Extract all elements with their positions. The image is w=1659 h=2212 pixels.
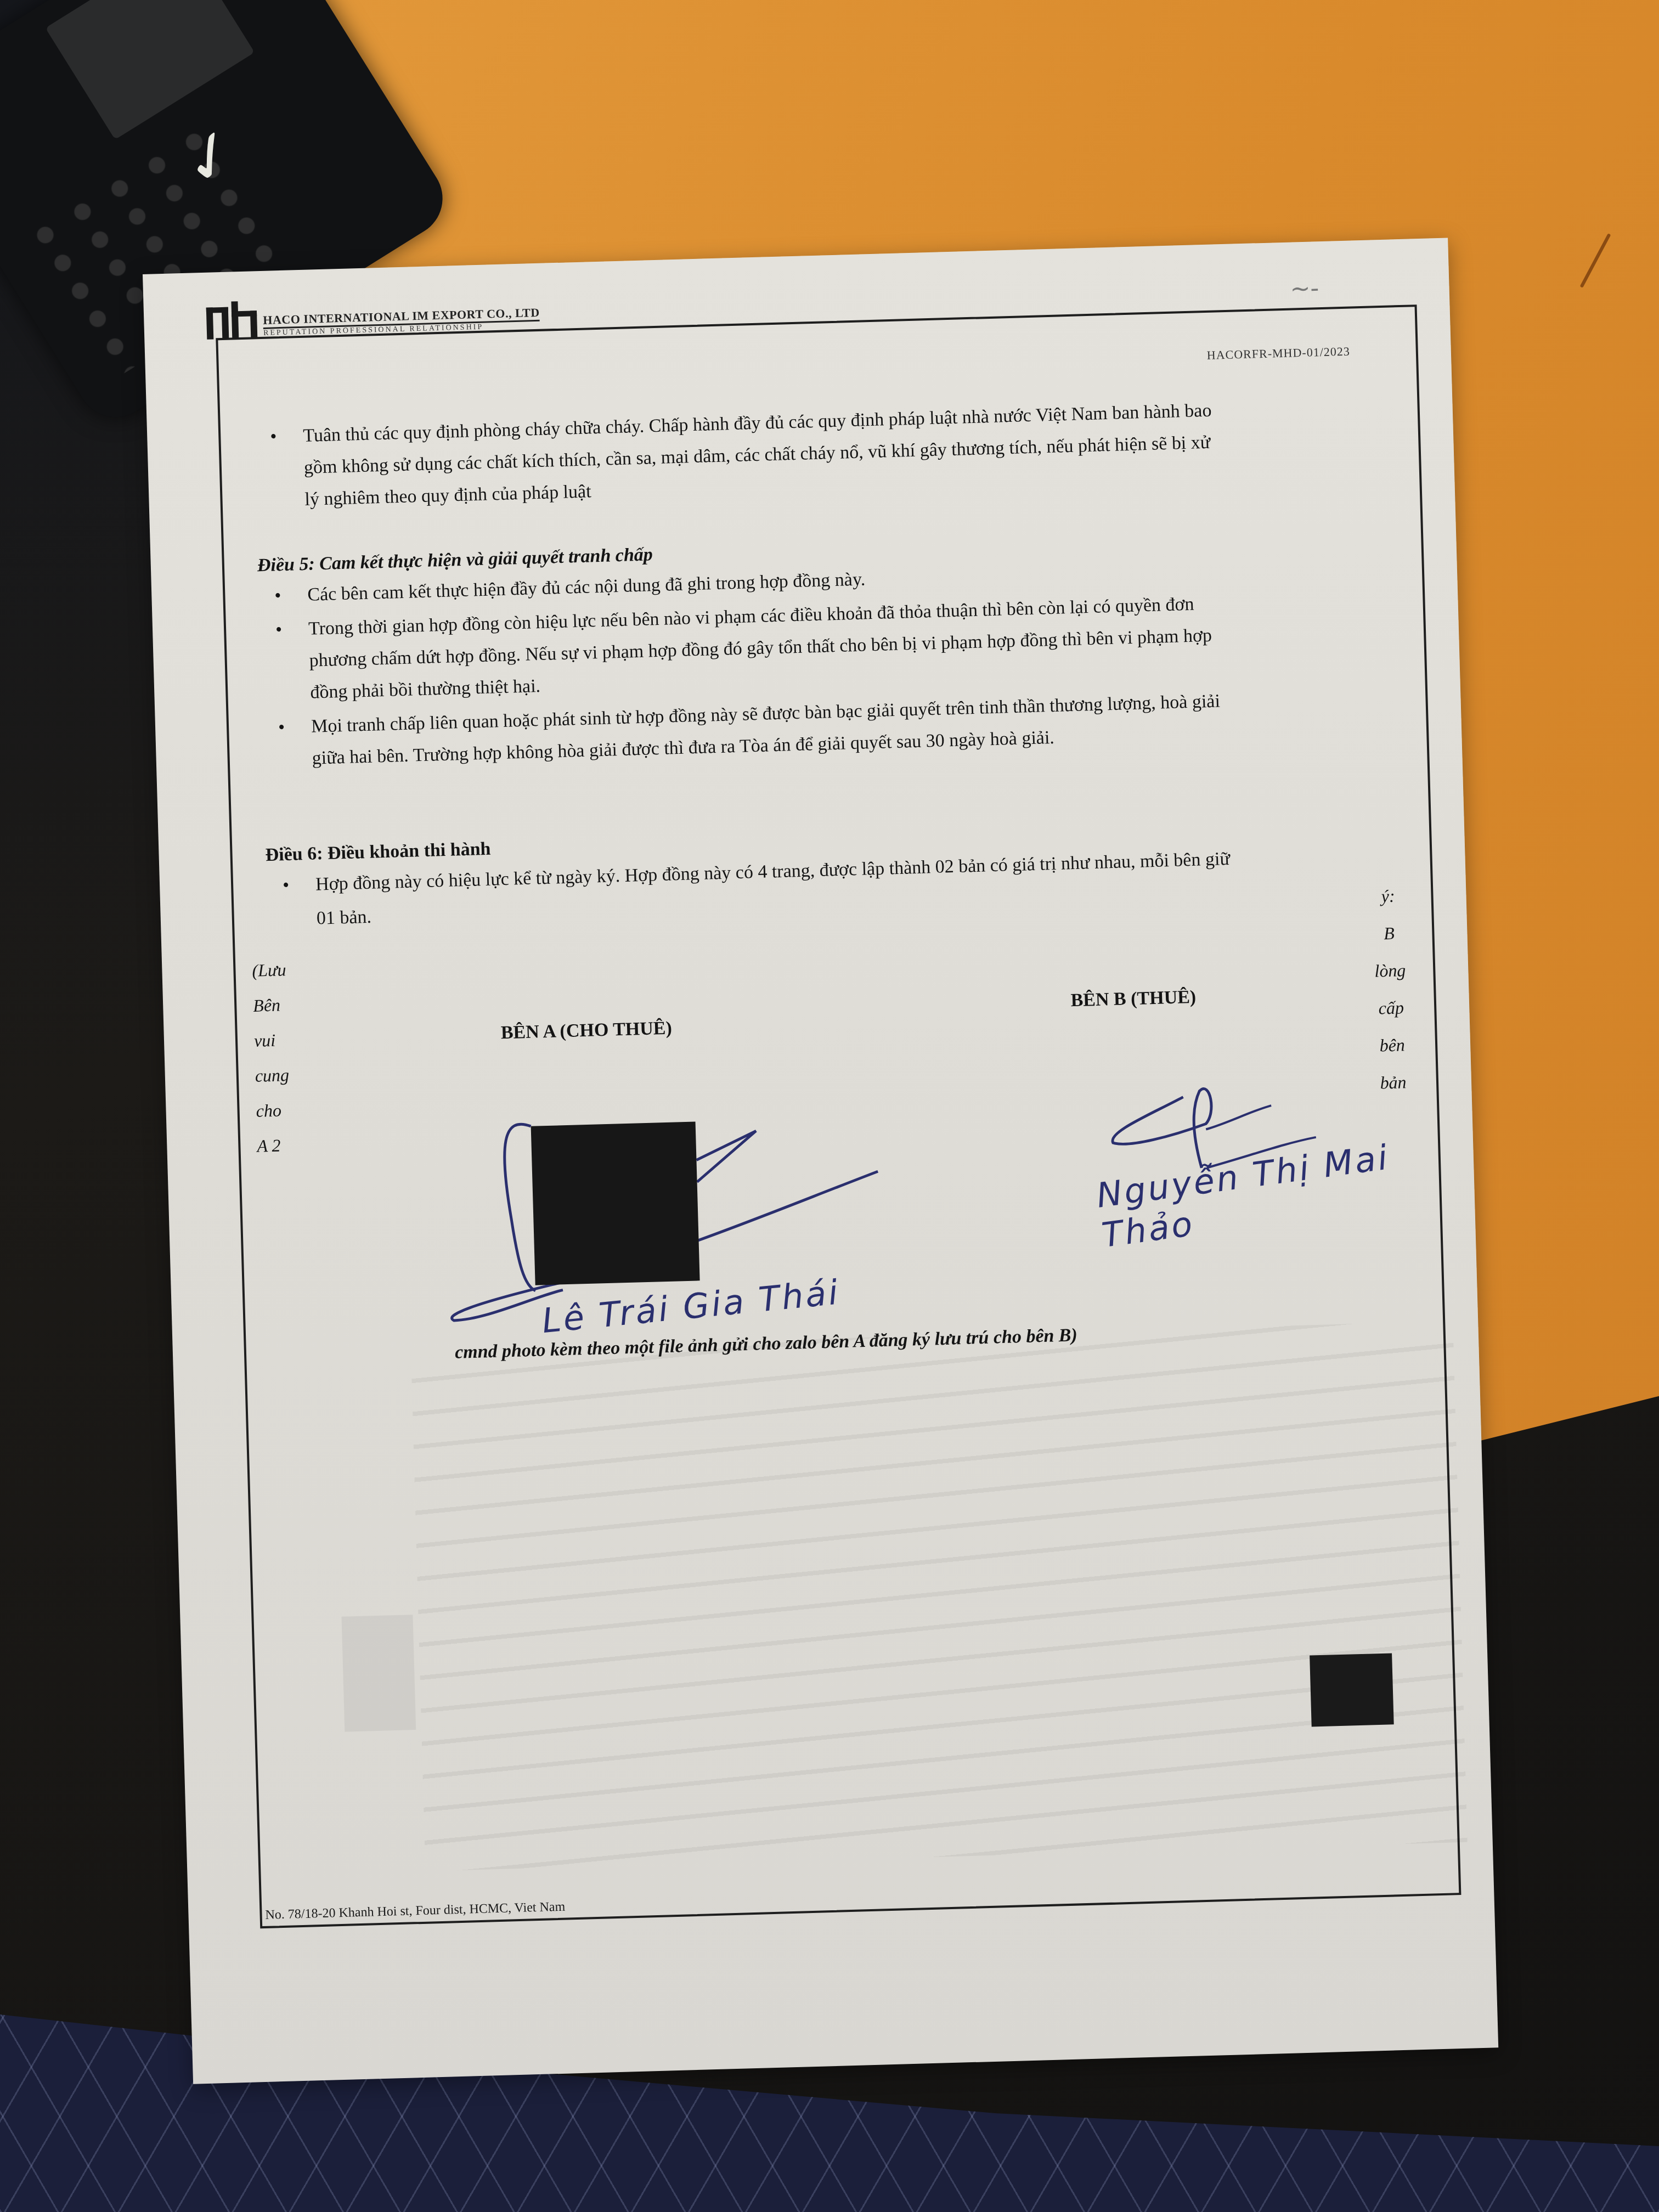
intro-bullet: Tuân thủ các quy định phòng cháy chữa ch… xyxy=(253,390,1381,517)
phone-screen xyxy=(46,0,255,140)
page-frame: HACORFR-MHD-01/2023 HACO INTERNATIONAL I… xyxy=(216,304,1461,1928)
document-code: HACORFR-MHD-01/2023 xyxy=(1206,345,1350,363)
company-logo: HACO INTERNATIONAL IM EXPORT CO., LTD RE… xyxy=(206,293,540,340)
contract-body: Tuân thủ các quy định phòng cháy chữa ch… xyxy=(253,390,1405,1368)
contract-page: ~- HACORFR-MHD-01/2023 HACO INTERNATIONA… xyxy=(143,238,1498,2084)
bleed-through-text xyxy=(411,1321,1468,1871)
pen-mark: ~- xyxy=(1290,273,1356,291)
redacted-block xyxy=(531,1121,700,1285)
side-note-word: ý: xyxy=(1381,877,1396,915)
signature-section: (Lưu Bên vui cung cho A 2 ý: B lòng cấp … xyxy=(268,910,1404,1336)
footer-redaction-block xyxy=(1310,1653,1394,1726)
footer-watermark xyxy=(341,1615,416,1732)
logo-icon xyxy=(206,301,259,340)
photo-scene: ✓ ~- HACORFR-MHD-01/2023 HACO INTERNATIO… xyxy=(0,0,1659,2212)
